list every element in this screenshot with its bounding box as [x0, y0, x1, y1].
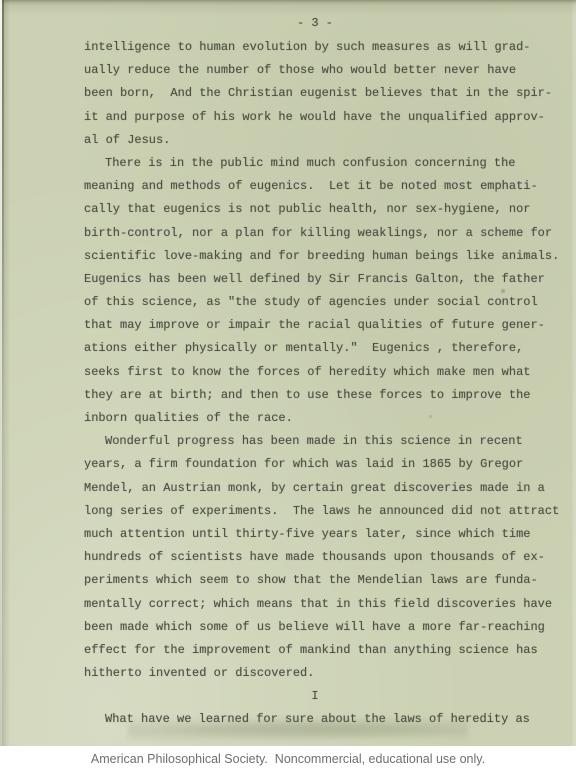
document-line: years, a firm foundation for which was l… — [84, 453, 546, 476]
document-line: inborn qualities of the race. — [84, 407, 546, 430]
document-line: Eugenics has been well defined by Sir Fr… — [84, 268, 546, 291]
document-line: much attention until thirty-five years l… — [84, 523, 546, 546]
document-line: hundreds of scientists have made thousan… — [84, 546, 546, 569]
document-line: they are at birth; and then to use these… — [84, 384, 546, 407]
screenshot-stage: - 3 - intelligence to human evolution by… — [0, 0, 576, 772]
page-number: - 3 - — [84, 16, 546, 30]
document-line: birth-control, nor a plan for killing we… — [84, 222, 546, 245]
document-line: Mendel, an Austrian monk, by certain gre… — [84, 477, 546, 500]
document-line: al of Jesus. — [84, 129, 546, 152]
bleed-through-smudge — [128, 716, 468, 742]
document-line: scientific love-making and for breeding … — [84, 245, 546, 268]
document-line: periments which seem to show that the Me… — [84, 569, 546, 592]
attribution-bar: American Philosophical Society. Noncomme… — [0, 746, 576, 772]
document-line: that may improve or impair the racial qu… — [84, 314, 546, 337]
document-line: effect for the improvement of mankind th… — [84, 639, 546, 662]
document-line: Wonderful progress has been made in this… — [84, 430, 546, 453]
document-line: There is in the public mind much confusi… — [84, 152, 546, 175]
document-line: been born, And the Christian eugenist be… — [84, 82, 546, 105]
document-line: been made which some of us believe will … — [84, 616, 546, 639]
document-line: ually reduce the number of those who wou… — [84, 59, 546, 82]
attribution-text: American Philosophical Society. Noncomme… — [91, 752, 485, 766]
document-line: seeks first to know the forces of heredi… — [84, 361, 546, 384]
document-line: of this science, as "the study of agenci… — [84, 291, 546, 314]
document-line: meaning and methods of eugenics. Let it … — [84, 175, 546, 198]
document-line: hitherto invented or discovered. — [84, 662, 546, 685]
document-line: I — [84, 685, 546, 708]
document-line: intelligence to human evolution by such … — [84, 36, 546, 59]
document-line: cally that eugenics is not public health… — [84, 198, 546, 221]
document-line: ations either physically or mentally." E… — [84, 337, 546, 360]
document-line: mentally correct; which means that in th… — [84, 593, 546, 616]
document-line: long series of experiments. The laws he … — [84, 500, 546, 523]
scanned-document-page: - 3 - intelligence to human evolution by… — [0, 0, 576, 746]
document-line: it and purpose of his work he would have… — [84, 106, 546, 129]
document-text: intelligence to human evolution by such … — [84, 36, 546, 732]
